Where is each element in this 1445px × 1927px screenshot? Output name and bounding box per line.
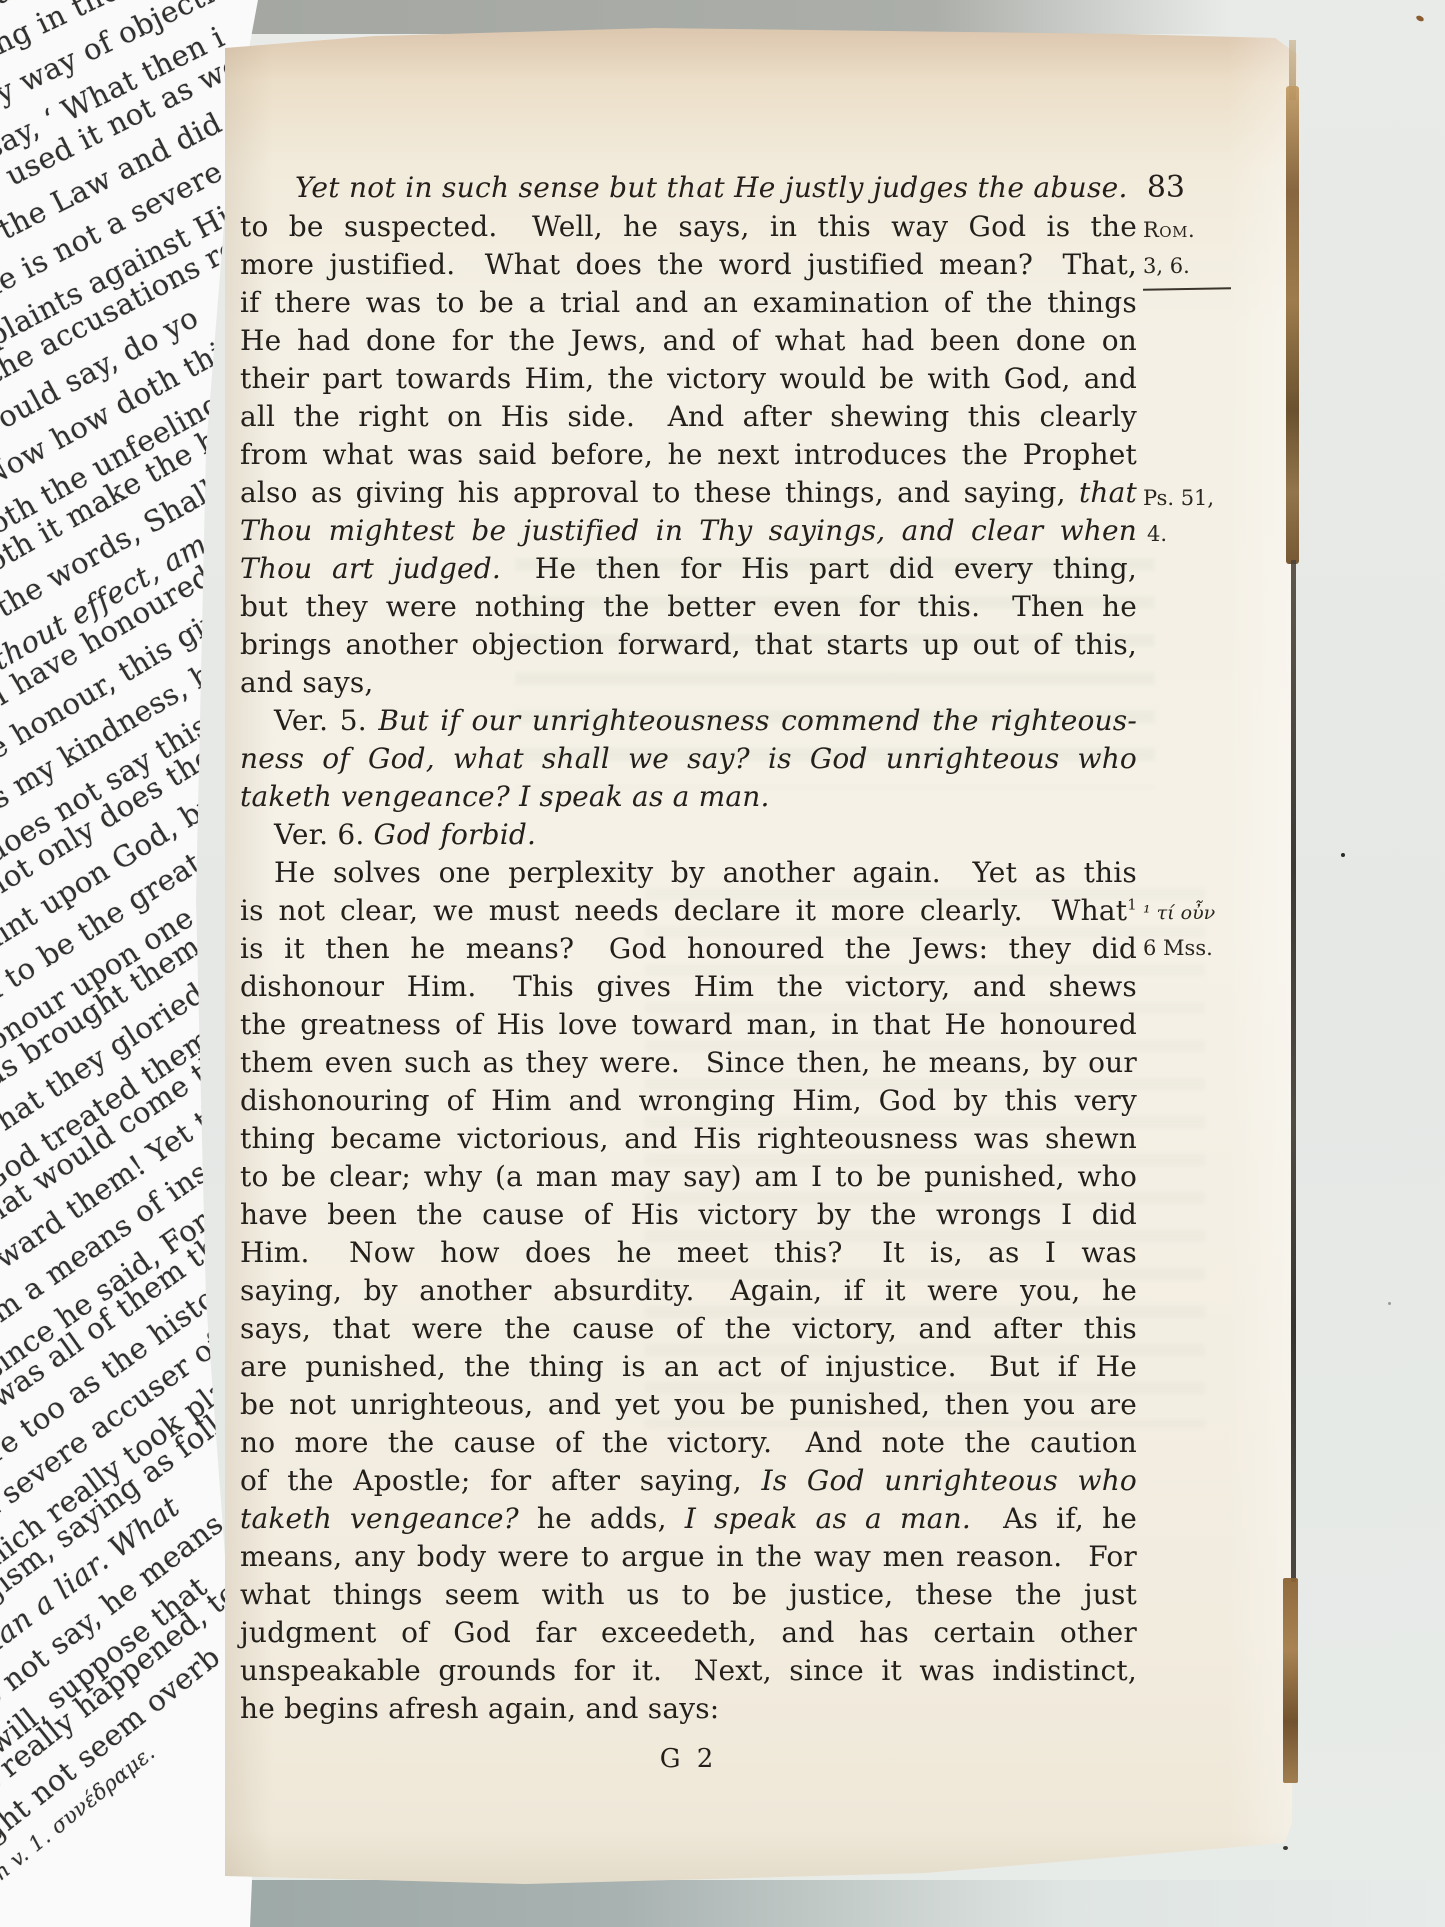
body-text-segment: He solves one perplexity by another agai… [274,856,1137,889]
body-italic-segment: But if our unrighteousness commend the r… [378,704,1137,737]
body-text-line: Ver. 5. But if our unrighteousness comme… [240,702,1137,740]
margin-note-manuscripts: ¹ τί οὖν 6 Mss. [1143,896,1293,966]
body-italic-segment: God forbid. [374,818,537,851]
body-text-segment: thing became victorious, and His righteo… [240,1122,1137,1155]
body-text-segment: unspeakable grounds for it. Next, since … [240,1654,1137,1687]
body-text-segment: He had done for the Jews, and of what ha… [240,324,1137,357]
body-text-segment: also as giving his approval to these thi… [240,476,1079,509]
body-text-line: of the Apostle; for after saying, Is God… [240,1462,1137,1500]
body-text-line: He had done for the Jews, and of what ha… [240,322,1137,360]
body-text-segment: the greatness of His love toward man, in… [240,1008,1137,1041]
fore-edge-shadow-line [1291,560,1296,1582]
body-italic-segment: that [1079,476,1137,509]
body-text-segment: no more the cause of the victory. And no… [240,1426,1137,1459]
margin-ref-verse: 3, 6. [1143,248,1293,284]
body-text-line: from what was said before, he next intro… [240,436,1137,474]
body-text-line: says, that were the cause of the victory… [240,1310,1137,1348]
body-text-segment: saying, by another absurdity. Again, if … [240,1274,1137,1307]
body-text-segment: says, that were the cause of the victory… [240,1312,1137,1345]
body-text-line: all the right on His side. And after she… [240,398,1137,436]
left-page-text: ard the unworring in their accusby way o… [0,0,262,1927]
body-text-segment: more justified. What does the word justi… [240,248,1137,281]
body-text-line: but they were nothing the better even fo… [240,588,1137,626]
margin-ref-book: Ps. 51, [1143,480,1293,516]
body-text-segment: have been the cause of His victory by th… [240,1198,1137,1231]
body-text-segment: is not clear, we must needs declare it m… [240,894,1127,927]
body-text-line: to be clear; why (a man may say) am I to… [240,1158,1137,1196]
body-text-segment: brings another objection forward, that s… [240,628,1137,661]
body-text-segment: but they were nothing the better even fo… [240,590,1137,623]
body-text-line: is it then he means? God honoured the Je… [240,930,1137,968]
signature-mark: G 2 [240,1744,1137,1774]
running-title: Yet not in such sense but that He justly… [295,171,1128,204]
margin-ref-book: Rom. [1143,212,1293,248]
body-text-segment: means, any body were to argue in the way… [240,1540,1137,1573]
photo-of-open-book: ard the unworring in their accusby way o… [0,0,1445,1927]
dust-speck [1283,1846,1288,1850]
body-text-segment: He then for His part did every thing, [501,552,1137,585]
body-text-line: Thou mightest be justified in Thy saying… [240,512,1137,550]
page-header: Yet not in such sense but that He justly… [240,170,1185,205]
body-text-segment: of the Apostle; for after saying, [240,1464,761,1497]
margin-ref-mss: 6 Mss. [1143,930,1293,966]
body-italic-segment: Thou mightest be justified in Thy saying… [240,514,1137,547]
body-italic-segment: Thou art judged. [240,552,501,585]
dust-speck [1341,853,1345,857]
margin-note-psalm: Ps. 51, 4. [1143,480,1293,552]
body-text-segment: be not unrighteous, and yet you be punis… [240,1388,1137,1421]
body-text-line: and says, [240,664,1137,702]
dust-speck [1388,1302,1391,1305]
body-text-segment: dishonour Him. This gives Him the victor… [240,970,1137,1003]
fore-edge-lower [1283,1578,1298,1783]
body-text: to be suspected. Well, he says, in this … [240,208,1137,1774]
body-text-segment: and says, [240,666,374,699]
body-text-line: dishonour Him. This gives Him the victor… [240,968,1137,1006]
body-text-segment: if there was to be a trial and an examin… [240,286,1137,319]
body-text-line: more justified. What does the word justi… [240,246,1137,284]
body-text-line: the greatness of His love toward man, in… [240,1006,1137,1044]
body-text-line: also as giving his approval to these thi… [240,474,1137,512]
body-italic-segment: ness of God, what shall we say? is God u… [240,742,1137,775]
main-page: Yet not in such sense but that He justly… [225,28,1297,1885]
dust-speck [1415,15,1424,23]
body-text-segment: to be clear; why (a man may say) am I to… [240,1160,1137,1193]
body-text-segment: them even such as they were. Since then,… [240,1046,1137,1079]
page-number: 83 [1147,170,1185,205]
body-text-segment: judgment of God far exceedeth, and has c… [240,1616,1137,1649]
body-text-line: taketh vengeance? he adds, I speak as a … [240,1500,1137,1538]
body-text-segment: to be suspected. Well, he says, in this … [240,210,1137,243]
body-text-line: thing became victorious, and His righteo… [240,1120,1137,1158]
body-text-line: them even such as they were. Since then,… [240,1044,1137,1082]
body-text-line: no more the cause of the victory. And no… [240,1424,1137,1462]
body-text-line: dishonouring of Him and wronging Him, Go… [240,1082,1137,1120]
body-text-line: Him. Now how does he meet this? It is, a… [240,1234,1137,1272]
body-text-line: if there was to be a trial and an examin… [240,284,1137,322]
body-italic-segment: taketh vengeance? I speak as a man. [240,780,770,813]
body-text-line: he begins afresh again, and says: [240,1690,1137,1728]
body-text-line: are punished, the thing is an act of inj… [240,1348,1137,1386]
body-text-segment: are punished, the thing is an act of inj… [240,1350,1137,1383]
body-text-segment: he begins afresh again, and says: [240,1692,719,1725]
body-text-line: unspeakable grounds for it. Next, since … [240,1652,1137,1690]
body-text-segment: dishonouring of Him and wronging Him, Go… [240,1084,1137,1117]
body-text-line: judgment of God far exceedeth, and has c… [240,1614,1137,1652]
body-text-segment: Ver. 6. [274,818,374,851]
body-text-segment: Ver. 5. [274,704,378,737]
backdrop-bottom-band [180,1880,1445,1927]
body-text-line: Ver. 6. God forbid. [240,816,1137,854]
body-text-segment: 1 [1127,896,1137,914]
body-text-segment: what things seem with us to be justice, … [240,1578,1137,1611]
margin-rule [1143,287,1231,291]
body-text-line: means, any body were to argue in the way… [240,1538,1137,1576]
margin-note-rom: Rom. 3, 6. [1143,212,1293,290]
body-italic-segment: taketh vengeance? [240,1502,519,1535]
body-italic-segment: I speak as a man. [685,1502,971,1535]
left-page: ard the unworring in their accusby way o… [0,0,262,1927]
body-text-line: be not unrighteous, and yet you be punis… [240,1386,1137,1424]
body-text-segment: he adds, [519,1502,685,1535]
margin-ref-greek: ¹ τί οὖν [1143,896,1293,930]
body-text-segment: their part towards Him, the victory woul… [240,362,1137,395]
body-text-line: what things seem with us to be justice, … [240,1576,1137,1614]
body-text-segment: is it then he means? God honoured the Je… [240,932,1137,965]
body-text-line: He solves one perplexity by another agai… [240,854,1137,892]
body-text-line: is not clear, we must needs declare it m… [240,892,1137,930]
body-text-line: Thou art judged. He then for His part di… [240,550,1137,588]
body-text-line: saying, by another absurdity. Again, if … [240,1272,1137,1310]
body-italic-segment: Is God unrighteous who [761,1464,1137,1497]
backdrop-top-band [248,0,1228,34]
body-text-line: have been the cause of His victory by th… [240,1196,1137,1234]
body-text-segment: from what was said before, he next intro… [240,438,1137,471]
body-text-line: their part towards Him, the victory woul… [240,360,1137,398]
body-text-line: ness of God, what shall we say? is God u… [240,740,1137,778]
fore-edge-upper [1286,86,1299,564]
body-text-segment: all the right on His side. And after she… [240,400,1137,433]
body-text-line: to be suspected. Well, he says, in this … [240,208,1137,246]
body-text-segment: Him. Now how does he meet this? It is, a… [240,1236,1137,1269]
body-text-line: taketh vengeance? I speak as a man. [240,778,1137,816]
margin-ref-verse: 4. [1143,516,1293,552]
body-text-segment: As if, he [971,1502,1137,1535]
body-text-line: brings another objection forward, that s… [240,626,1137,664]
